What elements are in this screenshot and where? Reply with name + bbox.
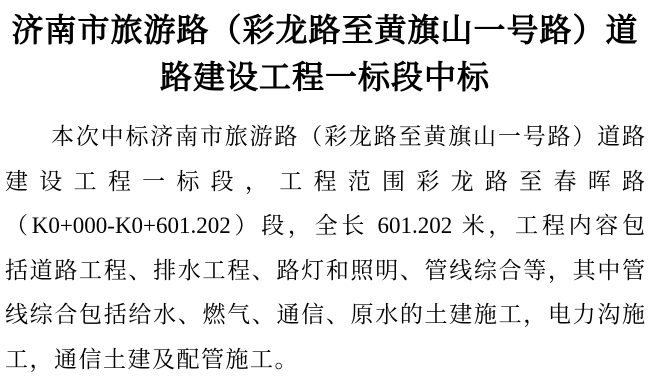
title-line-2: 路建设工程一标段中标 bbox=[5, 54, 645, 101]
title-line-1: 济南市旅游路（彩龙路至黄旗山一号路）道 bbox=[5, 7, 645, 54]
body-paragraph: 本次中标济南市旅游路（彩龙路至黄旗山一号路）道路 建设工程一标段，工程范围彩龙路… bbox=[5, 115, 645, 382]
body-line-5: 线综合包括给水、燃气、通信、原水的土建施工，电力沟施 bbox=[5, 293, 645, 338]
body-line-4: 括道路工程、排水工程、路灯和照明、管线综合等，其中管 bbox=[5, 249, 645, 294]
body-line-6: 工，通信土建及配管施工。 bbox=[5, 338, 645, 383]
document-page: 济南市旅游路（彩龙路至黄旗山一号路）道 路建设工程一标段中标 本次中标济南市旅游… bbox=[0, 0, 650, 386]
page-title: 济南市旅游路（彩龙路至黄旗山一号路）道 路建设工程一标段中标 bbox=[5, 7, 645, 101]
body-line-1: 本次中标济南市旅游路（彩龙路至黄旗山一号路）道路 bbox=[5, 115, 645, 160]
body-line-3: （K0+000-K0+601.202）段，全长 601.202 米，工程内容包 bbox=[5, 204, 645, 249]
body-line-2: 建设工程一标段，工程范围彩龙路至春晖路 bbox=[5, 160, 645, 205]
